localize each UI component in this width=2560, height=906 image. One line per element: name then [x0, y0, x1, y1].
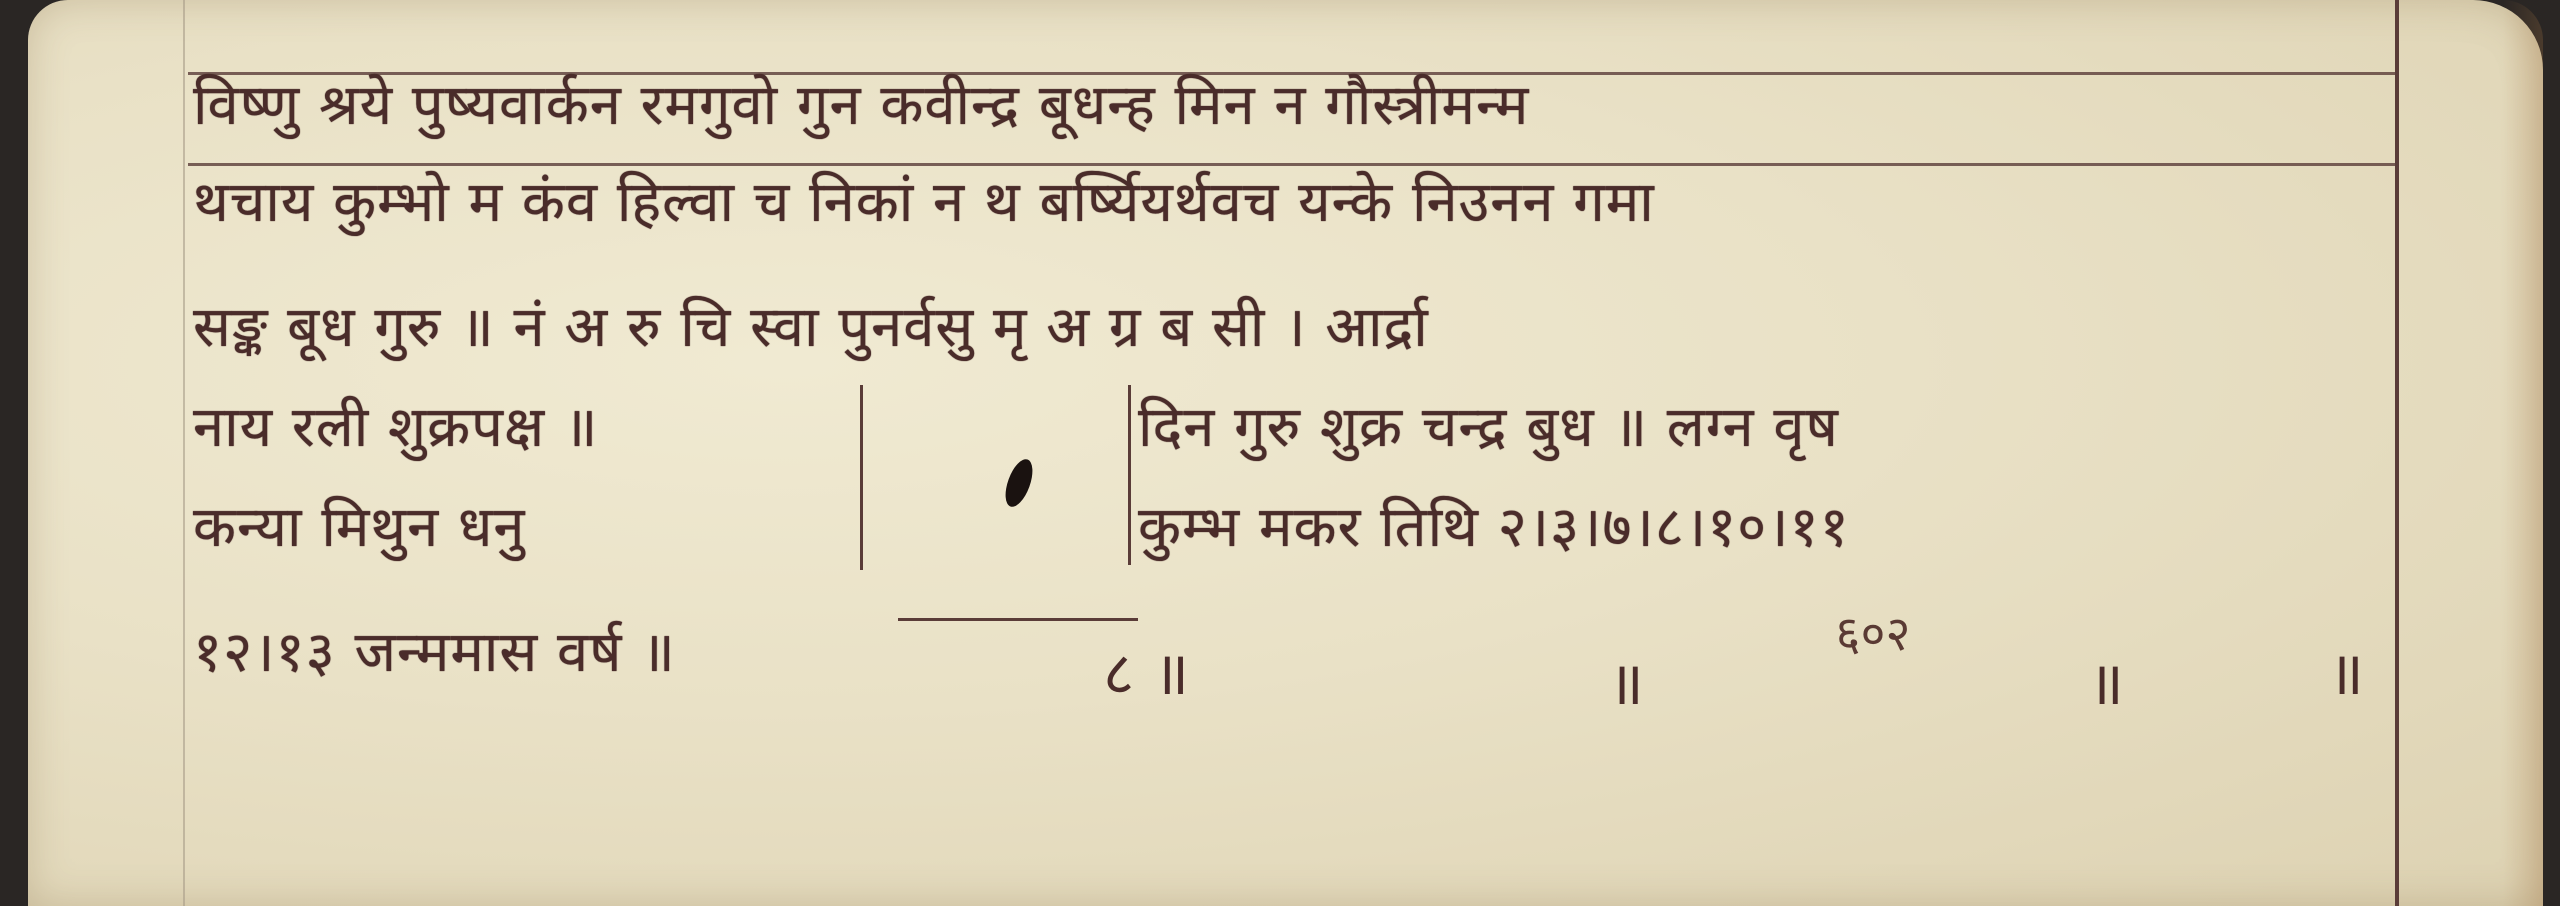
manuscript-line-5-left: कन्या मिथुन धनु	[193, 500, 526, 556]
ink-blot	[1000, 456, 1038, 511]
date-underline	[898, 618, 1138, 621]
verse-mark-4: ॥	[2328, 630, 2364, 712]
column-separator-left	[860, 385, 863, 570]
ornament-glyph: ६०२	[1818, 610, 1928, 760]
right-margin-rule	[2395, 0, 2399, 906]
manuscript-line-1: विष्णु श्रये पुष्यवार्कन रमगुवो गुन कवीन…	[193, 78, 1529, 134]
verse-mark-1: ८ ॥	[1103, 630, 1189, 712]
manuscript-line-2: थचाय कुम्भो म कंव हिल्वा च निकां न थ बर्…	[193, 175, 1655, 231]
manuscript-line-4-left: नाय रली शुक्रपक्ष ॥	[193, 400, 598, 456]
manuscript-line-6: १२।१३ जन्ममास वर्ष ॥	[193, 625, 676, 681]
manuscript-line-4-right: दिन गुरु शुक्र चन्द्र बुध ॥ लग्न वृष	[1138, 400, 1839, 456]
line-rule	[188, 163, 2398, 166]
left-margin-rule	[183, 0, 185, 906]
column-separator-right	[1128, 385, 1131, 565]
verse-mark-3: ॥	[2088, 640, 2124, 722]
manuscript-line-3: सङ्क बूध गुरु ॥ नं अ रु चि स्वा पुनर्वसु…	[193, 300, 1429, 356]
manuscript-page: विष्णु श्रये पुष्यवार्कन रमगुवो गुन कवीन…	[28, 0, 2543, 906]
manuscript-line-5-right: कुम्भ मकर तिथि २।३।७।८।१०।११	[1138, 500, 1850, 556]
verse-mark-2: ॥	[1608, 640, 1644, 722]
